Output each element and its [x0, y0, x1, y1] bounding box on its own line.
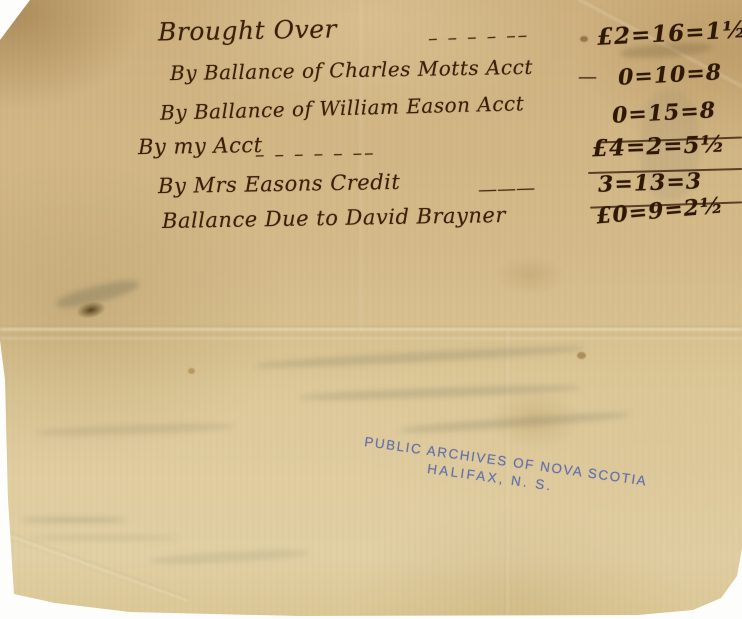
ledger-line-label: By Ballance of William Eason Acct	[160, 91, 525, 125]
ledger-line-label: Ballance Due to David Brayner	[162, 203, 506, 233]
ink-blot	[75, 299, 108, 321]
ghost-writing	[400, 410, 630, 435]
ghost-writing	[54, 276, 140, 312]
crease-diagonal-top-right	[577, 0, 742, 110]
ledger-line-amount: £2=16=1½	[596, 16, 742, 51]
ledger-line-amount: £0=9=2½	[595, 192, 725, 229]
soft-stain	[490, 390, 580, 450]
ghost-writing	[300, 383, 580, 402]
ledger-line-label: By Ballance of Charles Motts Acct	[170, 55, 533, 85]
ghost-writing	[255, 343, 585, 370]
soft-stain	[495, 255, 565, 295]
ledger-line-amount: 3=13=3	[598, 168, 703, 198]
small-spot	[577, 352, 586, 359]
ghost-dash	[22, 518, 127, 522]
crease-diagonal-bottom-left	[0, 523, 189, 604]
fold-crease-vertical-top	[358, 0, 363, 332]
ledger-line-dashes: – – – – ––	[428, 24, 530, 50]
fold-crease-horizontal	[0, 326, 742, 332]
ghost-dash	[30, 536, 180, 539]
ledger-line-dashes: – – – – – ––	[255, 142, 376, 166]
ledger-line-amount: £4=2=5½	[592, 131, 726, 163]
ledger-line-amount: 0=10=8	[617, 59, 722, 90]
scanned-document: Brought Over – – – – –– £2=16=1½ By Ball…	[0, 0, 742, 619]
small-spot	[580, 36, 588, 42]
fold-crease-horizontal-lower	[0, 335, 742, 341]
ledger-line-dashes: —	[578, 66, 599, 88]
ledger-line-label: Brought Over	[158, 14, 337, 46]
ledger-line-dashes: ———	[478, 177, 536, 201]
ghost-writing	[150, 548, 310, 566]
ghost-writing	[35, 422, 235, 438]
small-spot	[188, 368, 195, 374]
paper-sheet: Brought Over – – – – –– £2=16=1½ By Ball…	[0, 0, 742, 619]
ledger-line-amount: 0=15=8	[611, 97, 716, 128]
ledger-line-label: By Mrs Easons Credit	[158, 170, 401, 198]
ledger-line-label: By my Acct	[138, 133, 263, 159]
archive-stamp: PUBLIC ARCHIVES OF NOVA SCOTIA HALIFAX, …	[361, 434, 623, 503]
